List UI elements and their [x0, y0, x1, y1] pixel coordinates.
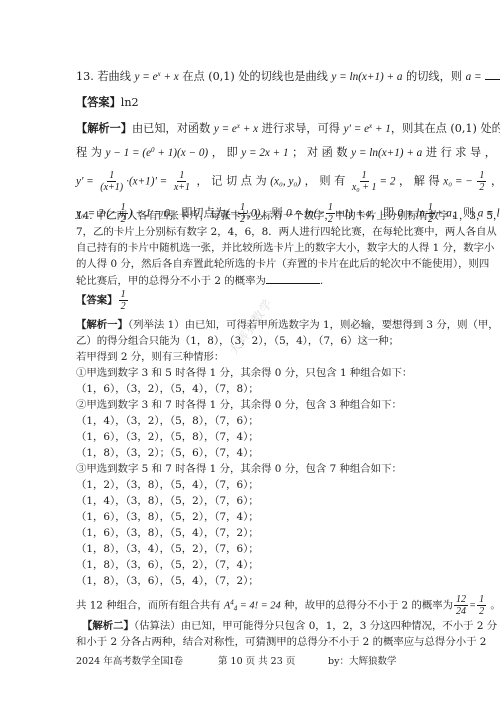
text: ， 则	[487, 175, 500, 188]
text: 共 12 种组合，而所有组合共有	[76, 600, 224, 612]
text: ， 记 切 点 为	[193, 175, 270, 188]
answer-blank	[266, 273, 320, 284]
q14-analysis1-line: 若甲得到 2 分，则有三种情形：	[76, 350, 224, 364]
q14-summary: 共 12 种组合，而所有组合共有 A44 = 4! = 24 种，故甲的总得分不…	[76, 594, 500, 617]
q14-stem-line: 自己持有的卡片中随机选一张，并比较所选卡片上的数字大小，数字大的人得 1 分，数…	[76, 241, 494, 255]
q14-combo-row: （1，6），（3，8），（5，4），（7，2）；	[76, 526, 259, 540]
q14-combo-row: （1，8），（3，6），（5，4），（7，2）；	[76, 574, 259, 588]
footer-author: by：大辉狼数学	[328, 653, 396, 667]
numerator: 1	[477, 170, 486, 182]
footer-page-number: 第 10 页 共 23 页	[218, 653, 295, 667]
q14-stem-last-line: 轮比赛后，甲的总得分不小于 2 的概率为.	[76, 273, 323, 288]
analysis-label: 【解析一】	[76, 319, 128, 331]
math: = 4! = 24	[237, 601, 280, 612]
q14-analysis1-line: ②甲选到数字 3 和 7 时各得 1 分，其余得 0 分，包含 3 种组合如下：	[76, 398, 402, 412]
math: y = e	[214, 123, 237, 135]
q14-combo-row: （1，4），（3，8），（5，2），（7，6）；	[76, 494, 259, 508]
q14-combo-row: （1，4），（3，2），（5，8），（7，6）；	[76, 414, 259, 428]
fraction: 1x₀ + 1	[350, 170, 379, 193]
q14-combo-row: （1，6），（3，2），（5，4），（7，8）；	[76, 382, 259, 396]
q13-stem-text: 13. 若曲线	[76, 70, 134, 83]
q14-analysis2-line: 和小于 2 分各占两种，结合对称性，可猜测甲的总得分不小于 2 的概率应与总得分…	[76, 635, 486, 649]
q14-combo-row: （1，6），（3，8），（5，2），（7，4）；	[76, 510, 259, 524]
q13-stem-text: 在点 (0,1) 处的切线也是曲线	[179, 70, 332, 83]
text: （估算法）由已知，甲可能得分只包含 0，1，2，3 分这四种情况，不小于 2 分	[134, 620, 497, 632]
denominator: x₀ + 1	[350, 182, 379, 193]
math: y − 1 = (e	[106, 147, 152, 159]
q13-math: a =	[466, 71, 482, 83]
denominator: 2	[119, 301, 128, 312]
fraction: 12	[477, 594, 486, 617]
fraction: 12	[477, 170, 486, 193]
text: 进行求导，可得	[258, 122, 343, 135]
document-page: 大辉狼数学 13. 若曲线 y = ex + x 在点 (0,1) 处的切线也是…	[0, 0, 500, 707]
analysis-label: 【解析一】	[76, 121, 132, 135]
q14-stem-line: 的人得 0 分，然后各自弃置此轮所选的卡片（弃置的卡片在此后的轮次中不能使用），…	[76, 257, 489, 271]
denominator: x+1	[172, 182, 192, 193]
math: + 1	[372, 123, 391, 135]
math: y' =	[76, 176, 94, 188]
numerator: 1	[477, 594, 486, 606]
q14-combo-row: （1，8），（3，6），（5，2），（7，4）；	[76, 558, 259, 572]
q14-combo-row: （1，8），（3，2）；（5，6），（7，4）；	[76, 446, 259, 460]
fraction: 1(x+1)	[98, 170, 125, 193]
q13-analysis1-line2: 程 为 y − 1 = (e0 + 1)(x − 0) ， 即 y = 2x +…	[76, 146, 500, 160]
denominator: 24	[454, 606, 468, 617]
text: 由已知，对函数	[132, 122, 214, 135]
text: 。	[487, 600, 500, 612]
footer-exam-title: 2024 年高考数学全国Ⅰ卷	[76, 653, 183, 667]
math: ·(x+1)' =	[126, 176, 167, 188]
denominator: 2	[477, 606, 486, 617]
math: + 1)(x − 0)	[155, 147, 209, 159]
q14-stem-line: 14. 甲乙两人各有四张卡片，每张卡片上标有一个数字，甲的卡片上分别标有数字 1…	[76, 209, 500, 223]
denominator: 2	[477, 182, 486, 193]
q14-stem-line: 7，乙的卡片上分别标有数字 2，4，6，8．两人进行四轮比赛，在每轮比赛中，两人…	[76, 225, 497, 239]
analysis-label: 【解析二】	[82, 620, 134, 632]
numerator: 12	[454, 594, 468, 606]
denominator: (x+1)	[98, 182, 125, 193]
q13-analysis1-line1: 【解析一】由已知，对函数 y = ex + x 进行求导，可得 y' = ex …	[76, 121, 500, 136]
q14-combo-row: （1，6），（3，2），（5，8），（7，4）；	[76, 430, 259, 444]
q14-analysis1-line: 乙）的得分组合只能为（1，8），（3，2），（5，4），（7，6）这一种；	[76, 334, 399, 348]
answer-label: 【答案】	[76, 95, 121, 109]
q14-analysis1-line: ①甲选到数字 3 和 5 时各得 1 分，其余得 0 分，只包含 1 种组合如下…	[76, 366, 412, 380]
math: y' = e	[344, 123, 369, 135]
text: （列举法 1）由已知，可得若甲所选数字为 1，则必输，要想得到 3 分，则（甲，	[128, 319, 499, 331]
q14-answer: 【答案】12	[76, 289, 129, 312]
q13-stem-text: 的切线，则	[403, 70, 466, 83]
numerator: 1	[119, 289, 128, 301]
text: ， 即	[208, 146, 241, 159]
numerator: 1	[177, 170, 186, 182]
answer-value: ln2	[121, 96, 139, 109]
text: 程 为	[76, 146, 106, 159]
math: (x₀, y₀)	[270, 176, 301, 188]
math: x₀ = −	[443, 176, 473, 188]
q13-math: y = e	[134, 71, 157, 83]
text: ， 解 得	[395, 175, 443, 188]
text: 进 行 求 导 ， 可 得	[422, 146, 500, 159]
answer-label: 【答案】	[76, 295, 118, 307]
numerator: 1	[360, 170, 369, 182]
q14-analysis1-line: 【解析一】（列举法 1）由已知，可得若甲所选数字为 1，则必输，要想得到 3 分…	[76, 318, 499, 332]
q14-analysis2-line: 【解析二】（估算法）由已知，甲可能得分只包含 0，1，2，3 分这四种情况，不小…	[82, 619, 497, 633]
math: y = ln(x+1) + a	[351, 147, 422, 159]
text: 种，故甲的总得分不小于 2 的概率为	[281, 600, 453, 612]
text: ； 对 函 数	[289, 146, 352, 159]
q13-math: + x	[161, 71, 179, 83]
math: y = 2x + 1	[241, 147, 288, 159]
text: .	[320, 275, 323, 287]
answer-blank	[485, 69, 500, 80]
q13-stem: 13. 若曲线 y = ex + x 在点 (0,1) 处的切线也是曲线 y =…	[76, 69, 500, 84]
numerator: 1	[107, 170, 116, 182]
fraction: 1x+1	[172, 170, 192, 193]
q14-combo-row: （1，2），（3，8），（5，4），（7，6）；	[76, 478, 259, 492]
q13-analysis1-line3: y' = 1(x+1)·(x+1)' = 1x+1 ， 记 切 点 为 (x₀,…	[76, 170, 500, 193]
math: = 2	[380, 176, 396, 188]
q13-answer: 【答案】ln2	[76, 95, 139, 110]
fraction: 1224	[454, 594, 468, 617]
text: ，则其在点 (0,1) 处的切线方	[391, 122, 500, 135]
math: =	[469, 601, 476, 612]
text: 轮比赛后，甲的总得分不小于 2 的概率为	[76, 275, 266, 287]
text: ， 则 有	[301, 175, 349, 188]
q14-combo-row: （1，8），（3，4），（5，2），（7，6）；	[76, 542, 259, 556]
math: + x	[240, 123, 258, 135]
answer-fraction: 12	[119, 289, 128, 312]
q13-math: y = ln(x+1) + a	[331, 71, 402, 83]
q14-analysis1-line: ③甲选到数字 5 和 7 时各得 1 分，其余得 0 分，包含 7 种组合如下：	[76, 462, 402, 476]
